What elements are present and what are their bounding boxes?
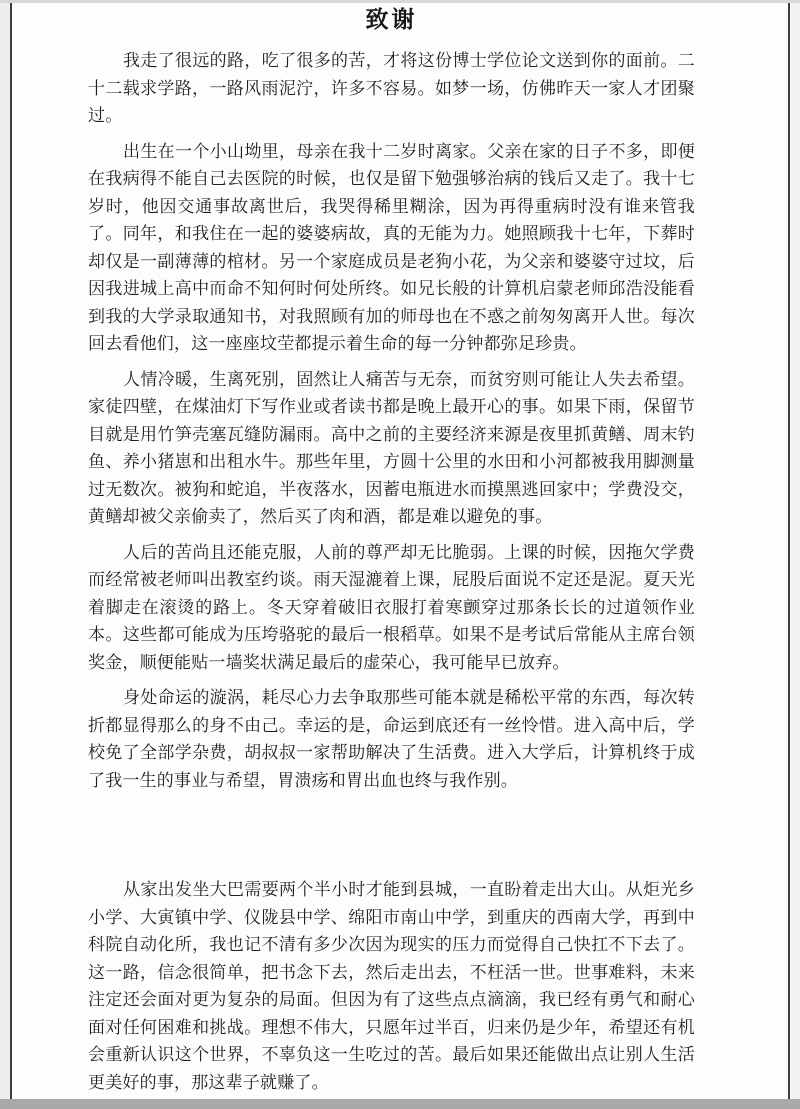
paragraph-2: 出生在一个小山坳里，母亲在我十二岁时离家。父亲在家的日子不多，即便在我病得不能自… xyxy=(88,138,695,358)
page-border-left xyxy=(10,2,12,1109)
paragraph-3: 人情冷暖，生离死别，固然让人痛苦与无奈，而贫穷则可能让人失去希望。家徒四壁，在煤… xyxy=(88,366,695,531)
scan-top-margin xyxy=(0,0,800,3)
page-title: 致谢 xyxy=(88,5,695,35)
paragraph-1: 我走了很远的路，吃了很多的苦，才将这份博士学位论文送到你的面前。二十二载求学路，… xyxy=(88,47,695,130)
thesis-page: 致谢 我走了很远的路，吃了很多的苦，才将这份博士学位论文送到你的面前。二十二载求… xyxy=(12,3,788,1109)
document-page: 致谢 我走了很远的路，吃了很多的苦，才将这份博士学位论文送到你的面前。二十二载求… xyxy=(0,0,800,1109)
paragraph-4: 人后的苦尚且还能克服，人前的尊严却无比脆弱。上课的时候，因拖欠学费而经常被老师叫… xyxy=(88,539,695,677)
paragraph-6: 从家出发坐大巴需要两个半小时才能到县城，一直盼着走出大山。从炬光乡小学、大寅镇中… xyxy=(88,876,695,1096)
paragraph-5: 身处命运的漩涡，耗尽心力去争取那些可能本就是稀松平常的东西，每次转折都显得那么的… xyxy=(88,684,695,794)
acknowledgements-section: 致谢 我走了很远的路，吃了很多的苦，才将这份博士学位论文送到你的面前。二十二载求… xyxy=(88,3,695,1104)
scan-right-margin xyxy=(791,0,800,1109)
scan-left-margin xyxy=(0,0,10,1109)
scan-bottom-strip xyxy=(0,1099,800,1109)
page-border-right xyxy=(788,2,790,1109)
